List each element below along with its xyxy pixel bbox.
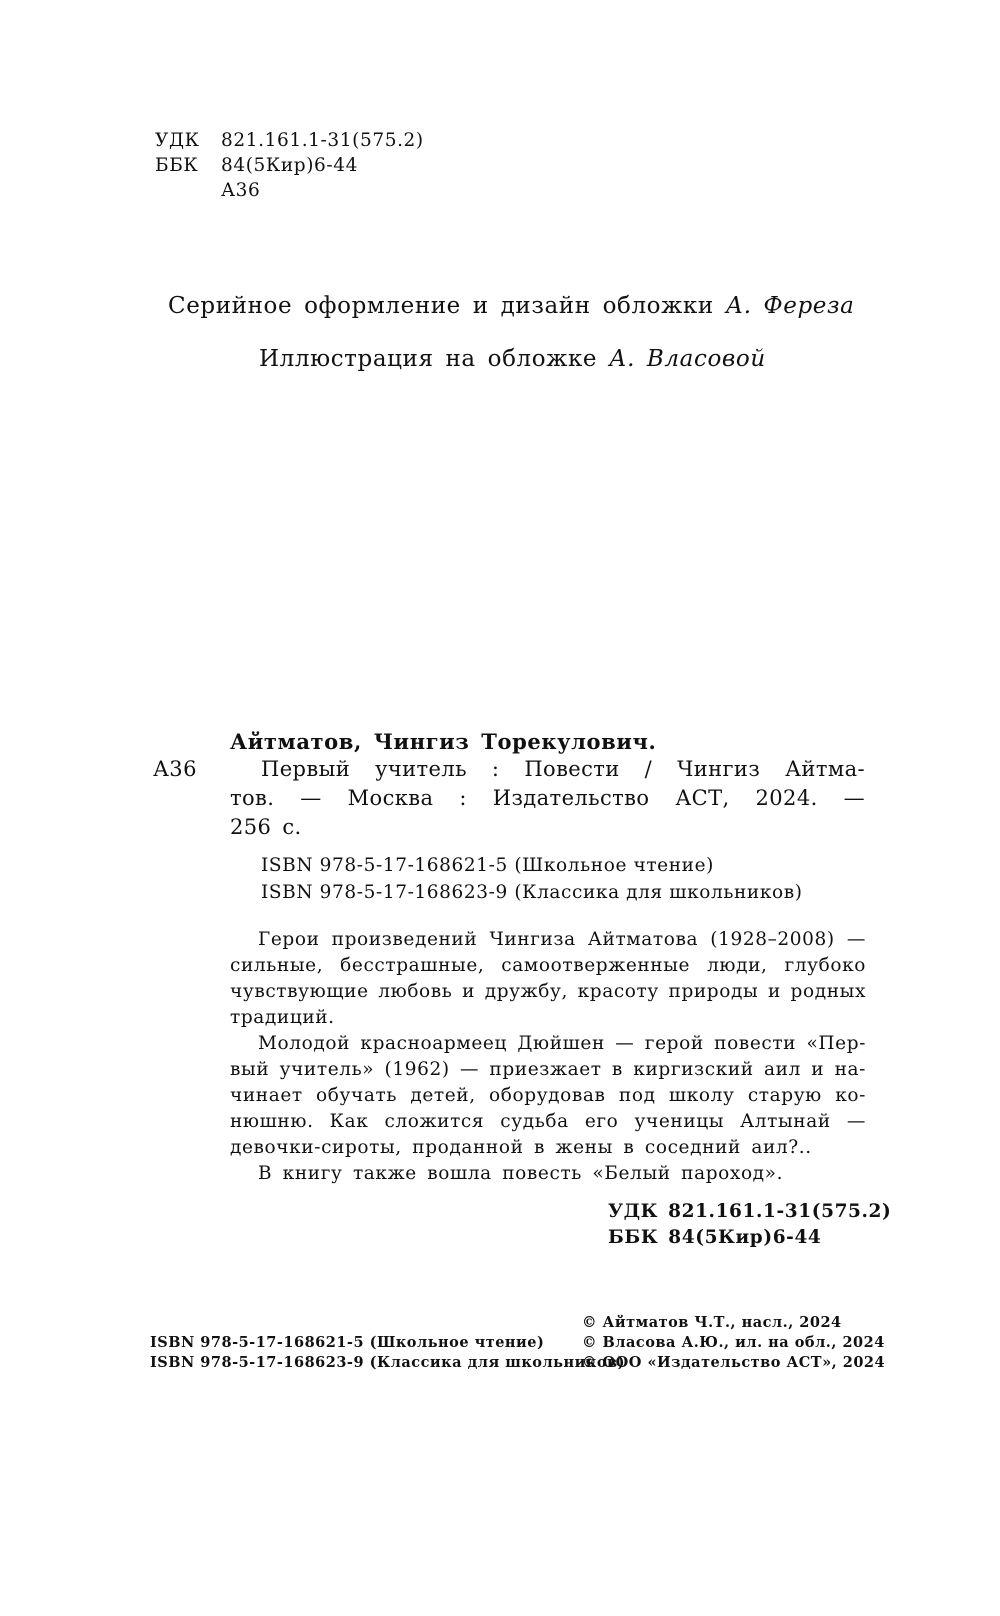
copyright-publisher: © ООО «Издательство АСТ», 2024 [582, 1354, 885, 1371]
bib-line-3: 256 с. [230, 815, 302, 839]
annotation-line-10: В книгу также вошла повесть «Белый парох… [258, 1163, 783, 1184]
udc-label: УДК [155, 130, 200, 151]
annotation-line-4: традиций. [230, 1007, 335, 1028]
bbk-value: 84(5Кир)6-44 [221, 155, 358, 176]
author-mark-top: А36 [221, 180, 260, 201]
isbn-line-1: ISBN 978-5-17-168621-5 (Школьное чтение) [261, 855, 714, 876]
author-heading: Айтматов, Чингиз Торекулович. [230, 729, 656, 754]
annotation-line-5: Молодой красноармеец Дюйшен — герой пове… [258, 1033, 866, 1054]
annotation-line-6: вый учитель» (1962) — приезжает в киргиз… [230, 1059, 866, 1080]
cover-designer-name: А. Фереза [726, 293, 855, 319]
author-mark: А36 [153, 757, 197, 781]
annotation-line-3: чувствующие любовь и дружбу, красоту при… [230, 981, 866, 1002]
footer-isbn-2: ISBN 978-5-17-168623-9 (Классика для шко… [150, 1354, 625, 1371]
copyright-author: © Айтматов Ч.Т., насл., 2024 [582, 1314, 842, 1331]
bib-line-2: тов. — Москва : Издательство АСТ, 2024. … [230, 786, 865, 810]
udc-value: 821.161.1-31(575.2) [221, 130, 424, 151]
udc-bbk-block-top: УДК 821.161.1-31(575.2) ББК 84(5Кир)6-44… [155, 130, 455, 210]
copyright-illustrator: © Власова А.Ю., ил. на обл., 2024 [582, 1334, 885, 1351]
bib-line-1: Первый учитель : Повести / Чингиз Айтма- [261, 757, 865, 781]
udc-line-card: УДК 821.161.1-31(575.2) [608, 1201, 891, 1222]
annotation-line-7: чинает обучать детей, оборудовав под шко… [230, 1085, 866, 1106]
cover-illustration-prefix: Иллюстрация на обложке [259, 346, 597, 372]
annotation-line-2: сильные, бесстрашные, самоотверженные лю… [230, 955, 866, 976]
isbn-line-2: ISBN 978-5-17-168623-9 (Классика для шко… [261, 882, 803, 903]
footer-isbn-1: ISBN 978-5-17-168621-5 (Школьное чтение) [150, 1334, 544, 1351]
bbk-line-card: ББК 84(5Кир)6-44 [608, 1227, 821, 1248]
cover-design-prefix: Серийное оформление и дизайн обложки [168, 293, 714, 319]
annotation-line-8: нюшню. Как сложится судьба его ученицы А… [230, 1111, 866, 1132]
cover-design-credit: Серийное оформление и дизайн обложки А. … [168, 293, 854, 319]
bbk-label: ББК [155, 155, 198, 176]
annotation-line-9: девочки-сироты, проданной в жены в сосед… [230, 1137, 812, 1158]
annotation-line-1: Герои произведений Чингиза Айтматова (19… [258, 929, 866, 950]
cover-illustration-credit: Иллюстрация на обложке А. Власовой [259, 346, 766, 372]
cover-illustrator-name: А. Власовой [609, 346, 766, 372]
